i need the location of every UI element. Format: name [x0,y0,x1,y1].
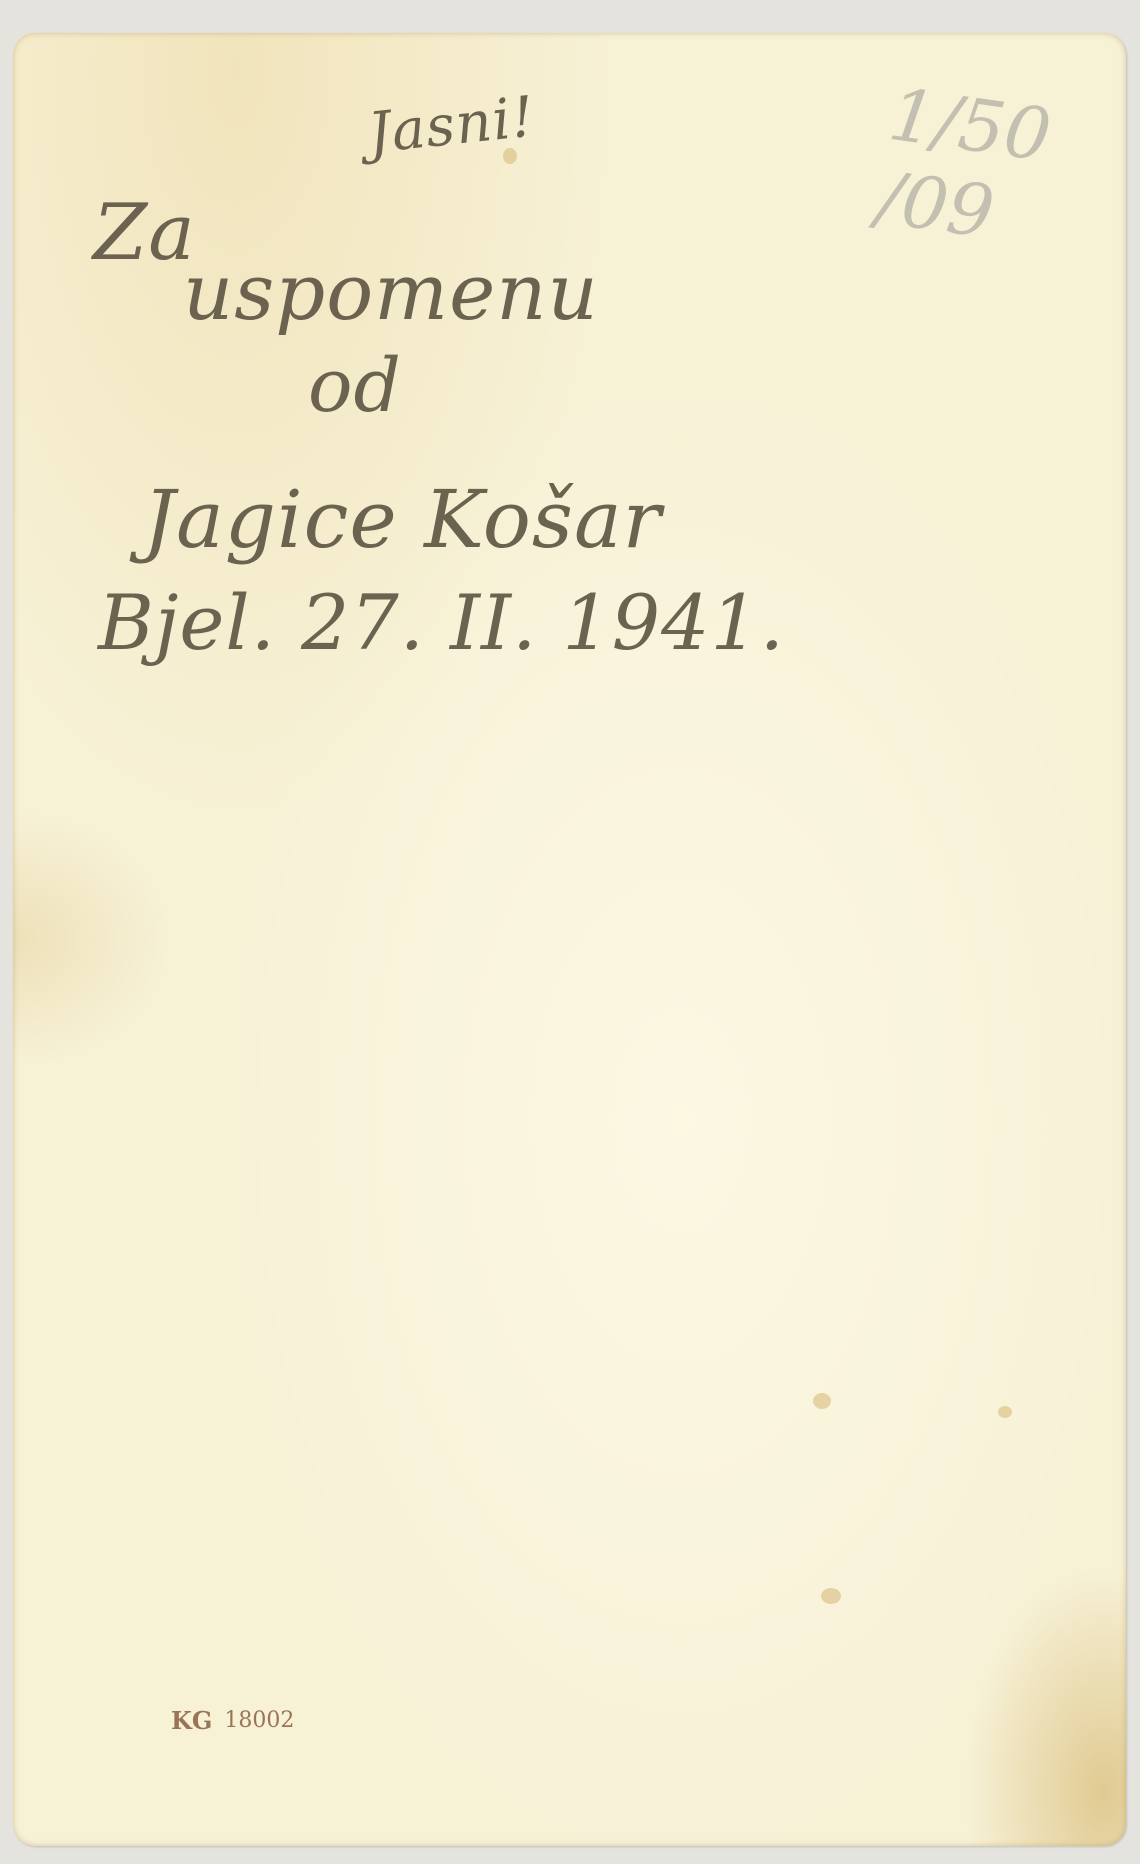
handwriting-za: Za [93,188,196,278]
pencil-annotation: 1/50 /09 [872,72,1136,272]
handwriting-date: Bjel. 27. II. 1941. [98,578,785,667]
handwriting-od: od [308,343,402,429]
photo-card-back: Jasni! Za uspomenu od Jagice Košar Bjel.… [13,33,1126,1846]
printer-stamp: KG 18002 [171,1706,294,1735]
stain-spot [821,1588,841,1604]
handwriting-signature: Jagice Košar [143,473,662,566]
monogram-logo-icon: KG [171,1706,212,1735]
stain-spot [813,1393,831,1409]
handwriting-uspomenu: uspomenu [183,248,599,338]
stain-spot [998,1406,1012,1418]
stamp-number: 18002 [224,1708,294,1733]
